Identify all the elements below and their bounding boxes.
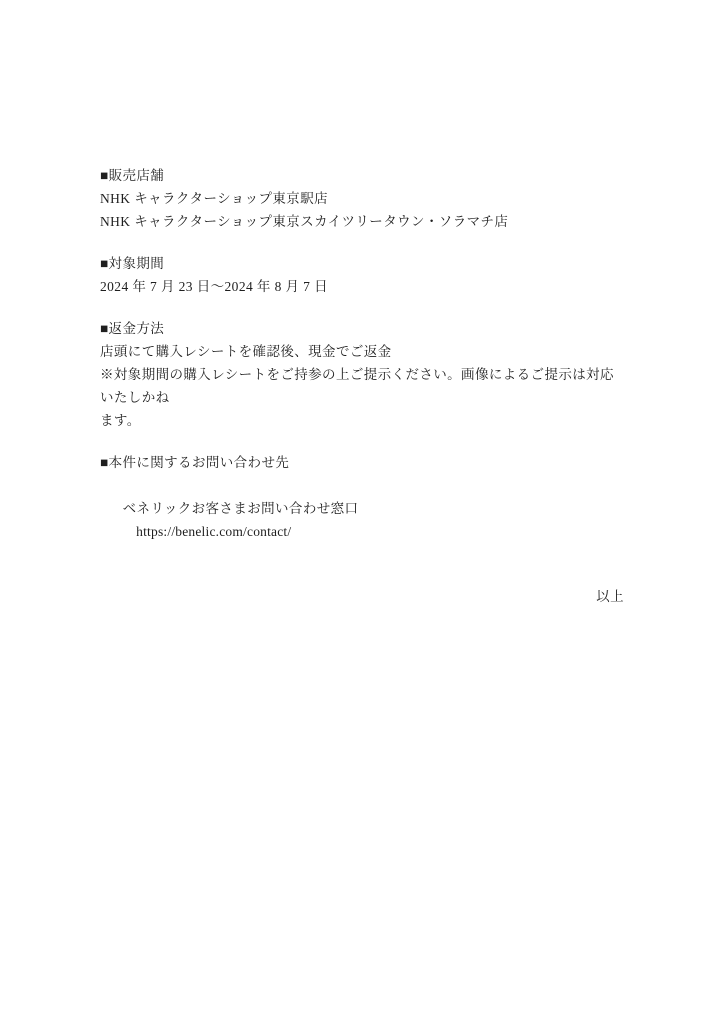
section-heading: ■対象期間 <box>100 252 624 275</box>
contact-line: ベネリックお客さまお問い合わせ窓口 https://benelic.com/co… <box>100 474 624 566</box>
text-line: 店頭にて購入レシートを確認後、現金でご返金 <box>100 340 624 363</box>
text-line: ます。 <box>100 409 624 432</box>
contact-url[interactable]: https://benelic.com/contact/ <box>136 524 291 539</box>
section-refund-method: ■返金方法 店頭にて購入レシートを確認後、現金でご返金 ※対象期間の購入レシート… <box>100 317 624 432</box>
document-body: ■販売店舗 NHK キャラクターショップ東京駅店 NHK キャラクターショップ東… <box>100 164 624 608</box>
text-line: ※対象期間の購入レシートをご持参の上ご提示ください。画像によるご提示は対応いたし… <box>100 363 624 409</box>
text-line: NHK キャラクターショップ東京駅店 <box>100 187 624 210</box>
closing-line: 以上 <box>100 585 624 608</box>
section-contact: ■本件に関するお問い合わせ先 ベネリックお客さまお問い合わせ窓口 https:/… <box>100 451 624 566</box>
section-heading: ■販売店舗 <box>100 164 624 187</box>
section-sales-stores: ■販売店舗 NHK キャラクターショップ東京駅店 NHK キャラクターショップ東… <box>100 164 624 233</box>
section-heading: ■返金方法 <box>100 317 624 340</box>
section-heading: ■本件に関するお問い合わせ先 <box>100 451 624 474</box>
section-target-period: ■対象期間 2024 年 7 月 23 日〜2024 年 8 月 7 日 <box>100 252 624 298</box>
document-page: { "document": { "sections": [ { "heading… <box>0 0 724 1024</box>
contact-window-label: ベネリックお客さまお問い合わせ窓口 <box>123 501 359 516</box>
text-line: NHK キャラクターショップ東京スカイツリータウン・ソラマチ店 <box>100 210 624 233</box>
text-line: 2024 年 7 月 23 日〜2024 年 8 月 7 日 <box>100 275 624 298</box>
